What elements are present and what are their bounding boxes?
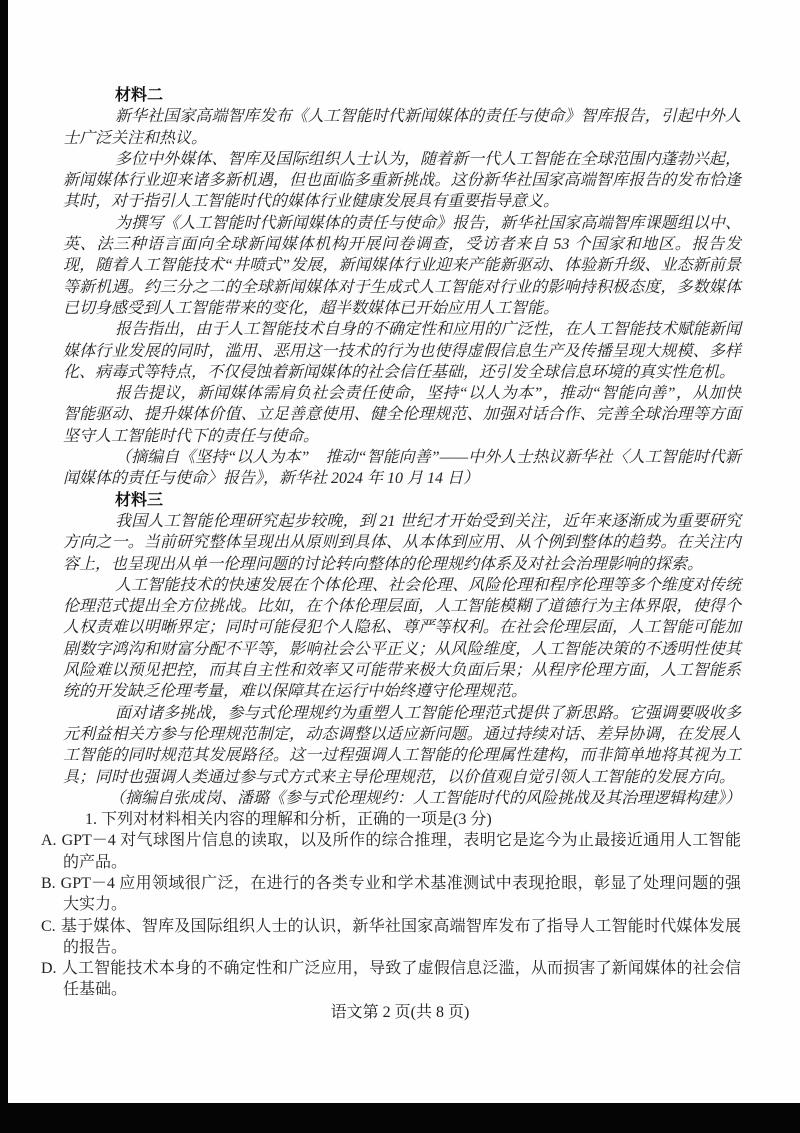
- material-2-heading: 材料二: [63, 85, 741, 106]
- material-3-paragraph-1: 我国人工智能伦理研究起步较晚，到 21 世纪才开始受到关注，近年来逐渐成为重要研…: [63, 511, 741, 575]
- page-text-block: 材料二 新华社国家高端智库发布《人工智能时代新闻媒体的责任与使命》智库报告，引起…: [63, 85, 741, 1001]
- option-d-text: 人工智能技术本身的不确定性和广泛应用，导致了虚假信息泛滥，从而损害了新闻媒体的社…: [62, 960, 741, 998]
- option-c-label: C.: [41, 918, 56, 935]
- scanned-exam-page: 材料二 新华社国家高端智库发布《人工智能时代新闻媒体的责任与使命》智库报告，引起…: [0, 0, 800, 1133]
- material-3-source-citation: （摘编自张成岗、潘璐《参与式伦理规约：人工智能时代的风险挑战及其治理逻辑构建》）: [63, 788, 741, 809]
- material-2-paragraph-5: 报告提议，新闻媒体需肩负社会责任使命，坚持“以人为本”，推动“智能向善”，从加快…: [63, 383, 741, 447]
- question-1-number: 1.: [85, 811, 97, 828]
- material-2-paragraph-2: 多位中外媒体、智库及国际组织人士认为，随着新一代人工智能在全球范围内蓬勃兴起，新…: [63, 149, 741, 213]
- scan-left-edge: [0, 0, 8, 1133]
- question-1-option-b: B.GPT－4 应用领域很广泛，在进行的各类专业和学术基准测试中表现抢眼，彰显了…: [63, 873, 741, 916]
- material-2-paragraph-4: 报告指出，由于人工智能技术自身的不确定性和应用的广泛性，在人工智能技术赋能新闻媒…: [63, 319, 741, 383]
- question-1-option-c: C.基于媒体、智库及国际组织人士的认识，新华社国家高端智库发布了指导人工智能时代…: [63, 916, 741, 959]
- option-b-text: GPT－4 应用领域很广泛，在进行的各类专业和学术基准测试中表现抢眼，彰显了处理…: [61, 875, 741, 913]
- option-b-label: B.: [41, 875, 56, 892]
- question-1-option-d: D.人工智能技术本身的不确定性和广泛应用，导致了虚假信息泛滥，从而损害了新闻媒体…: [63, 958, 741, 1001]
- option-a-label: A.: [41, 832, 57, 849]
- scan-bottom-edge: [0, 1103, 800, 1133]
- option-c-text: 基于媒体、智库及国际组织人士的认识，新华社国家高端智库发布了指导人工智能时代媒体…: [61, 918, 741, 956]
- material-3-paragraph-2: 人工智能技术的快速发展在个体伦理、社会伦理、风险伦理和程序伦理等多个维度对传统伦…: [63, 575, 741, 703]
- option-d-label: D.: [41, 960, 57, 977]
- material-2-source-citation: （摘编自《坚持“以人为本” 推动“智能向善”——中外人士热议新华社〈人工智能时代…: [63, 447, 741, 490]
- material-2-paragraph-3: 为撰写《人工智能时代新闻媒体的责任与使命》报告，新华社国家高端智库课题组以中、英…: [63, 213, 741, 319]
- material-3-paragraph-3: 面对诸多挑战，参与式伦理规约为重塑人工智能伦理范式提供了新思路。它强调要吸收多元…: [63, 703, 741, 788]
- question-1-option-a: A.GPT－4 对气球图片信息的读取，以及所作的综合推理，表明它是迄今为止最接近…: [63, 830, 741, 873]
- question-1: 1.下列对材料相关内容的理解和分析，正确的一项是(3 分): [63, 809, 741, 830]
- material-2-paragraph-1: 新华社国家高端智库发布《人工智能时代新闻媒体的责任与使命》智库报告，引起中外人士…: [63, 106, 741, 149]
- question-1-text: 下列对材料相关内容的理解和分析，正确的一项是(3 分): [101, 811, 492, 828]
- option-a-text: GPT－4 对气球图片信息的读取，以及所作的综合推理，表明它是迄今为止最接近通用…: [62, 832, 741, 870]
- page-footer: 语文第 2 页(共 8 页): [0, 999, 800, 1022]
- material-3-heading: 材料三: [63, 490, 741, 511]
